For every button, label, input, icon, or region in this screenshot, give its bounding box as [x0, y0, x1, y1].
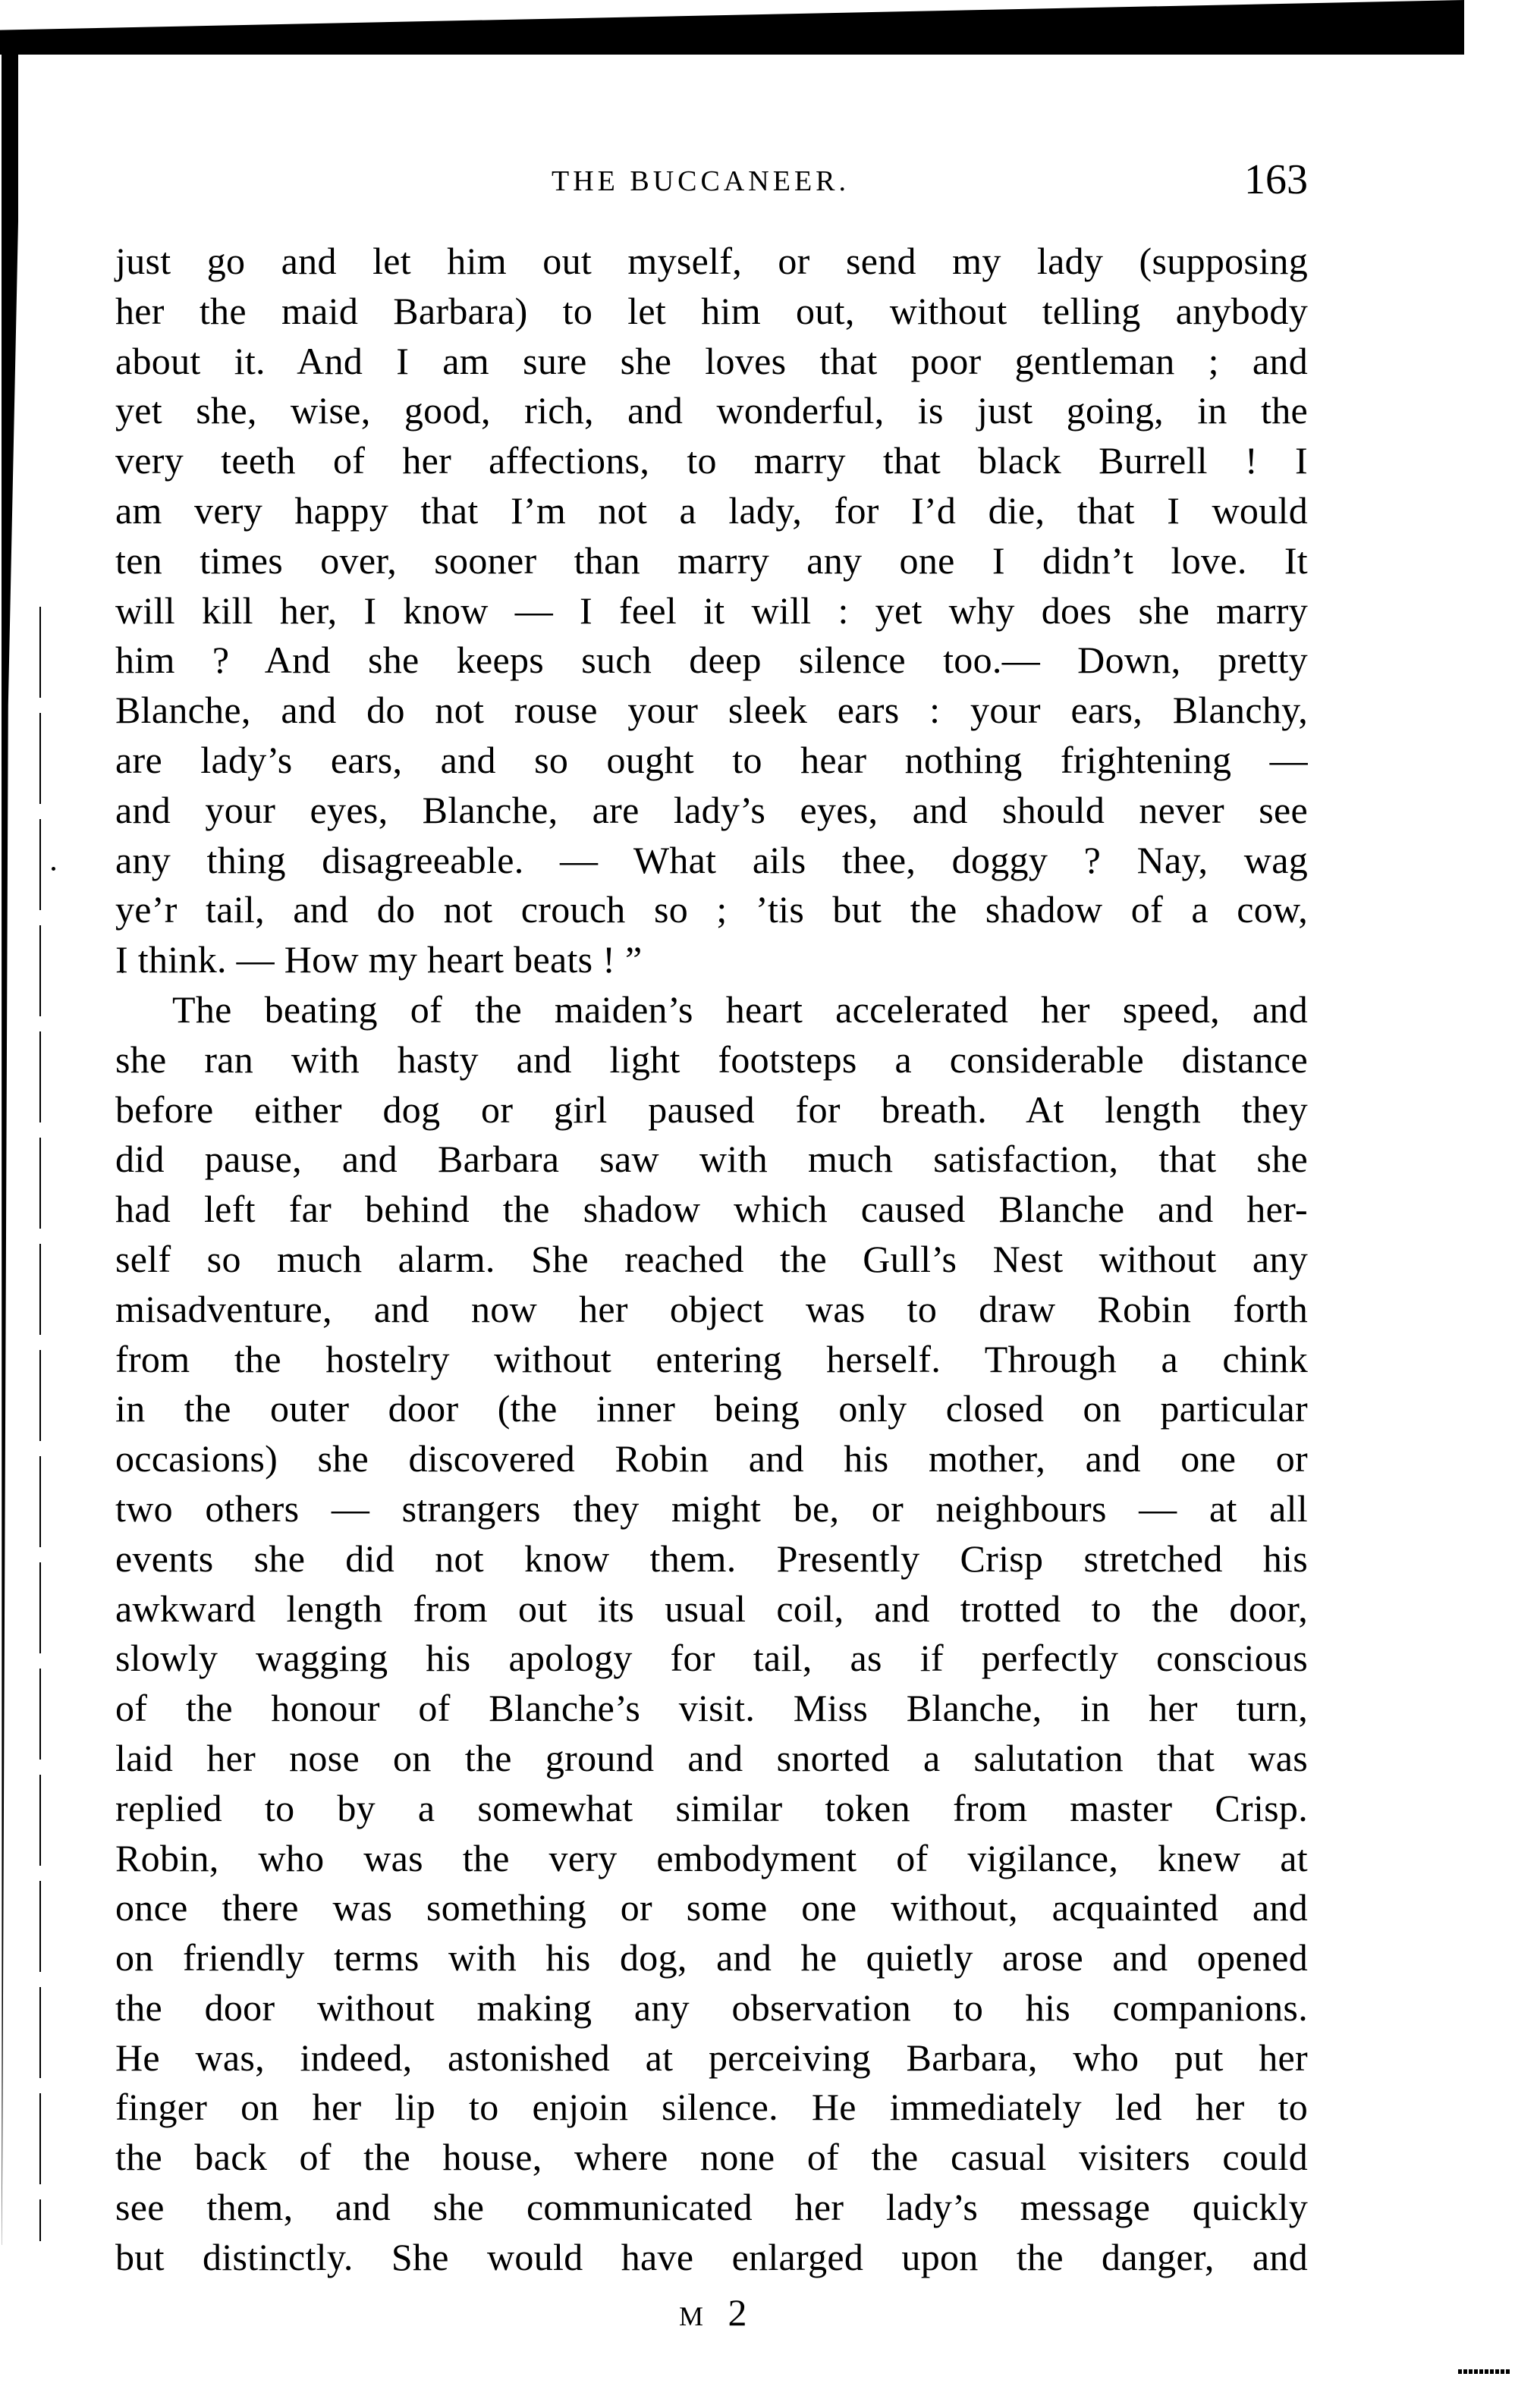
text-line: occasions) she discovered Robin and his …	[115, 1434, 1308, 1484]
text-line: are lady’s ears, and so ought to hear no…	[115, 736, 1308, 786]
scan-left-edge	[2, 46, 18, 2245]
text-line: had left far behind the shadow which cau…	[115, 1185, 1308, 1235]
text-line: and your eyes, Blanche, are lady’s eyes,…	[115, 786, 1308, 836]
text-line: once there was something or some one wit…	[115, 1883, 1308, 1933]
text-line: on friendly terms with his dog, and he q…	[115, 1933, 1308, 1983]
text-line: misadventure, and now her object was to …	[115, 1285, 1308, 1335]
text-line: she ran with hasty and light footsteps a…	[115, 1035, 1308, 1085]
text-line: about it. And I am sure she loves that p…	[115, 337, 1308, 387]
text-line: just go and let him out myself, or send …	[115, 237, 1308, 287]
text-line: laid her nose on the ground and snorted …	[115, 1734, 1308, 1784]
signature-letter: M	[679, 2301, 711, 2331]
text-line: her the maid Barbara) to let him out, wi…	[115, 287, 1308, 337]
text-line: events she did not know them. Presently …	[115, 1534, 1308, 1584]
text-line: yet she, wise, good, rich, and wonderful…	[115, 386, 1308, 436]
text-line: see them, and she communicated her lady’…	[115, 2183, 1308, 2233]
paragraph: just go and let him out myself, or send …	[115, 237, 1308, 985]
text-line: replied to by a somewhat similar token f…	[115, 1784, 1308, 1834]
margin-speck	[52, 867, 55, 871]
text-line: in the outer door (the inner being only …	[115, 1384, 1308, 1434]
paragraph: The beating of the maiden’s heart accele…	[115, 985, 1308, 2283]
signature-number: 2	[728, 2291, 755, 2334]
text-line: am very happy that I’m not a lady, for I…	[115, 486, 1308, 536]
text-line: I think. — How my heart beats ! ”	[115, 935, 1308, 985]
text-line: awkward length from out its usual coil, …	[115, 1584, 1308, 1634]
text-line: the door without making any observation …	[115, 1983, 1308, 2033]
text-line: The beating of the maiden’s heart accele…	[115, 985, 1308, 1035]
text-line: Robin, who was the very embodyment of vi…	[115, 1834, 1308, 1884]
text-line: very teeth of her affections, to marry t…	[115, 436, 1308, 486]
scan-top-edge	[0, 0, 1464, 55]
text-line: two others — strangers they might be, or…	[115, 1484, 1308, 1534]
text-line: slowly wagging his apology for tail, as …	[115, 1634, 1308, 1684]
text-line: him ? And she keeps such deep silence to…	[115, 636, 1308, 686]
page-number: 163	[1244, 155, 1308, 204]
body-text: just go and let him out myself, or send …	[115, 237, 1308, 2283]
text-line: Blanche, and do not rouse your sleek ear…	[115, 686, 1308, 736]
text-line: of the honour of Blanche’s visit. Miss B…	[115, 1684, 1308, 1734]
text-line: finger on her lip to enjoin silence. He …	[115, 2083, 1308, 2133]
text-line: but distinctly. She would have enlarged …	[115, 2233, 1308, 2283]
text-line: will kill her, I know — I feel it will :…	[115, 586, 1308, 636]
scan-corner-mark	[1458, 2369, 1510, 2374]
text-line: before either dog or girl paused for bre…	[115, 1085, 1308, 1135]
text-line: did pause, and Barbara saw with much sat…	[115, 1135, 1308, 1185]
text-line: the back of the house, where none of the…	[115, 2133, 1308, 2183]
scan-left-rule	[39, 607, 41, 2241]
running-title: THE BUCCANEER.	[552, 165, 850, 198]
text-line: self so much alarm. She reached the Gull…	[115, 1235, 1308, 1285]
text-line: any thing disagreeable. — What ails thee…	[115, 836, 1308, 886]
printer-signature: M 2	[679, 2290, 755, 2334]
text-line: from the hostelry without entering herse…	[115, 1335, 1308, 1385]
running-head: THE BUCCANEER. 163	[115, 155, 1308, 201]
text-line: He was, indeed, astonished at perceiving…	[115, 2033, 1308, 2083]
text-line: ten times over, sooner than marry any on…	[115, 536, 1308, 586]
text-line: ye’r tail, and do not crouch so ; ’tis b…	[115, 885, 1308, 935]
